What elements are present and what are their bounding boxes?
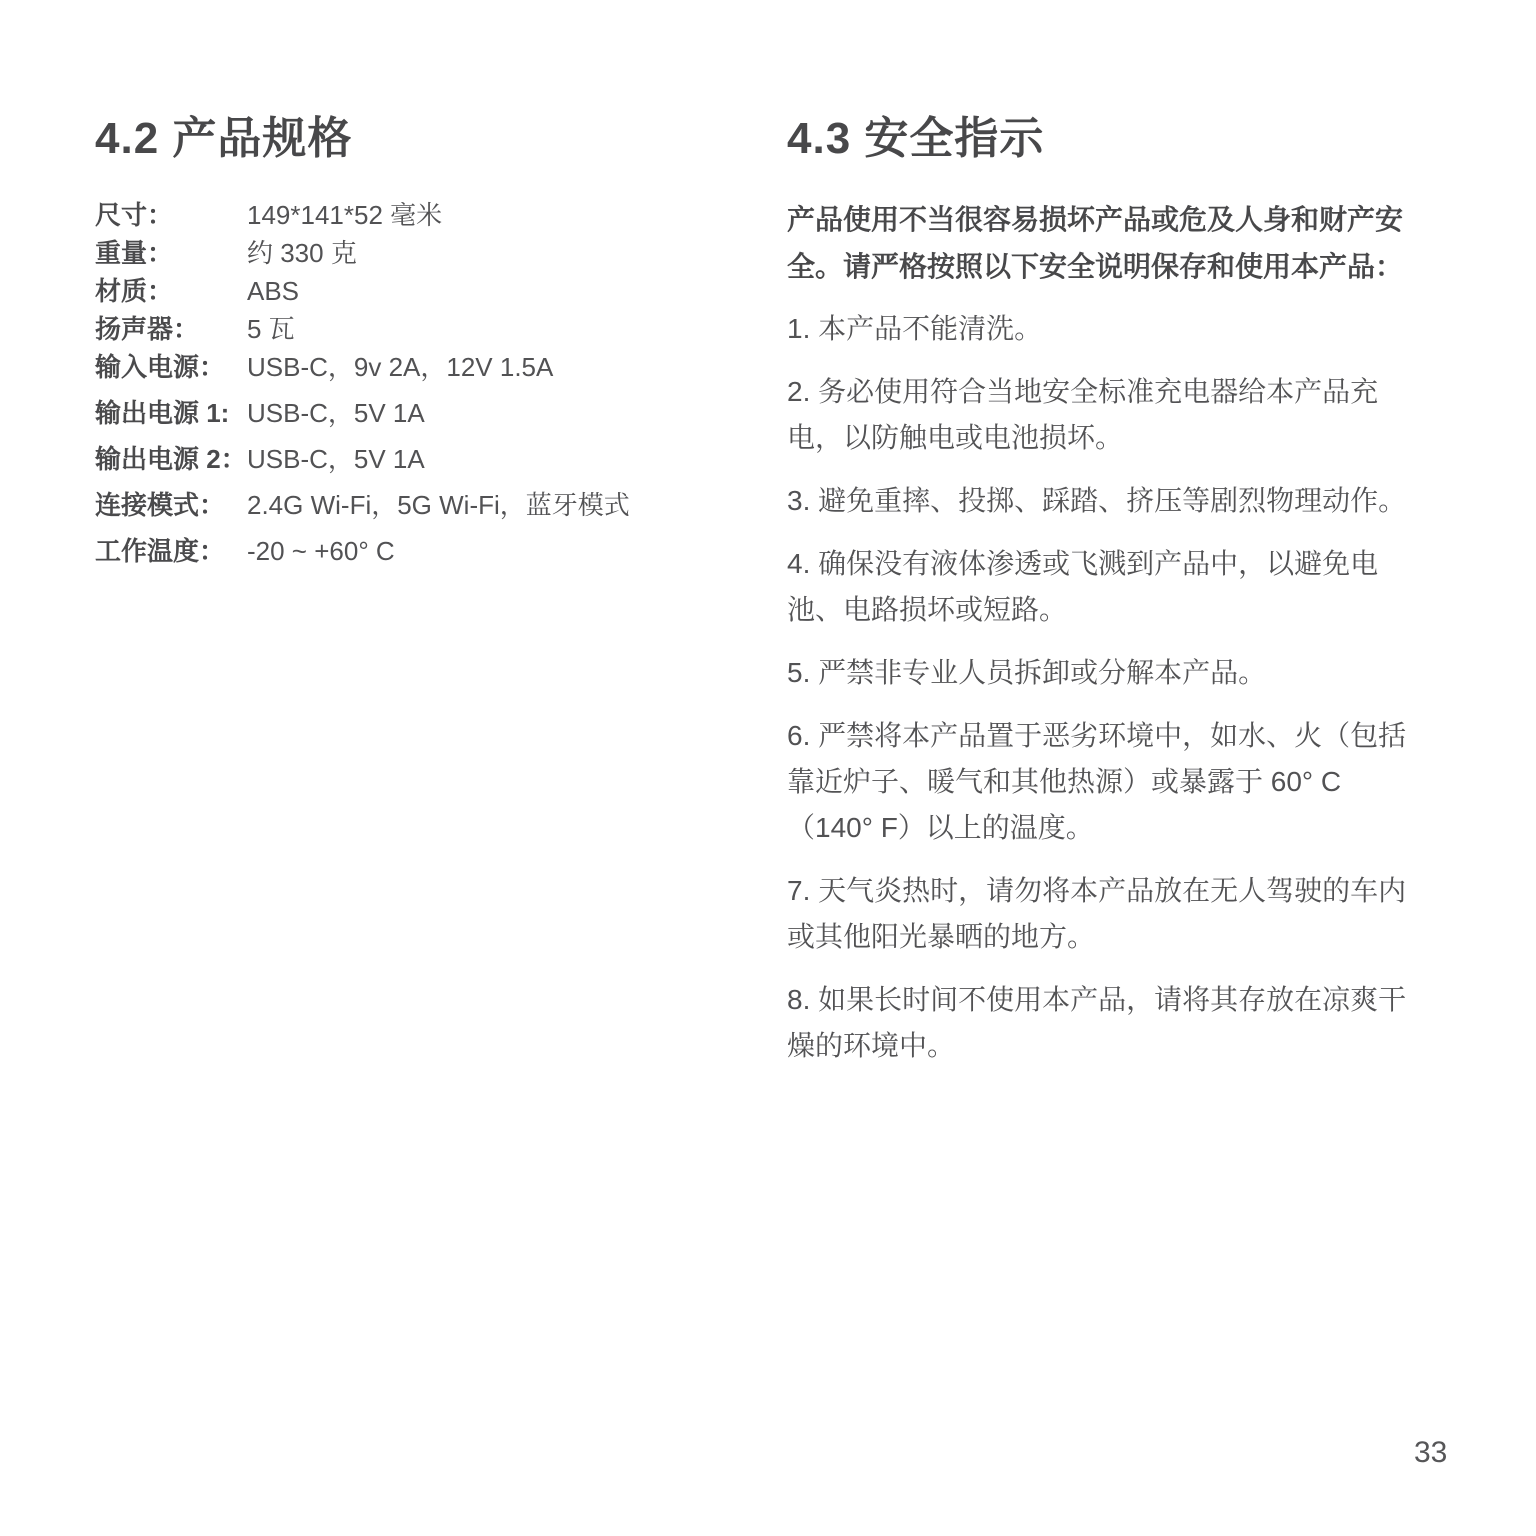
spec-label: 扬声器： xyxy=(95,310,247,348)
manual-page: 4.2 产品规格 尺寸： 149*141*52 毫米 重量： 约 330 克 材… xyxy=(0,0,1536,1536)
section-safety-instructions: 4.3 安全指示 产品使用不当很容易损坏产品或危及人身和财产安全。请严格按照以下… xyxy=(787,112,1427,1086)
safety-item: 2. 务必使用符合当地安全标准充电器给本产品充电，以防触电或电池损坏。 xyxy=(787,369,1427,461)
spec-row: 尺寸： 149*141*52 毫米 xyxy=(95,196,720,234)
spec-value: USB-C，5V 1A xyxy=(247,394,720,432)
spec-label: 输出电源 1: xyxy=(95,394,247,432)
spec-value: 149*141*52 毫米 xyxy=(247,196,720,234)
spec-value: USB-C，9v 2A，12V 1.5A xyxy=(247,348,720,386)
specs-title: 4.2 产品规格 xyxy=(95,112,720,166)
safety-item: 7. 天气炎热时，请勿将本产品放在无人驾驶的车内或其他阳光暴晒的地方。 xyxy=(787,868,1427,960)
spec-row: 扬声器： 5 瓦 xyxy=(95,310,720,348)
section-product-specs: 4.2 产品规格 尺寸： 149*141*52 毫米 重量： 约 330 克 材… xyxy=(95,112,720,570)
spec-label: 材质： xyxy=(95,272,247,310)
spec-row: 输入电源： USB-C，9v 2A，12V 1.5A xyxy=(95,348,720,386)
safety-item: 5. 严禁非专业人员拆卸或分解本产品。 xyxy=(787,650,1427,696)
spec-value: 2.4G Wi-Fi，5G Wi-Fi，蓝牙模式 xyxy=(247,486,720,524)
safety-item: 8. 如果长时间不使用本产品，请将其存放在凉爽干燥的环境中。 xyxy=(787,977,1427,1069)
spec-row: 材质： ABS xyxy=(95,272,720,310)
spec-row: 连接模式： 2.4G Wi-Fi，5G Wi-Fi，蓝牙模式 xyxy=(95,486,720,524)
spec-row: 输出电源 2： USB-C，5V 1A xyxy=(95,440,720,478)
safety-item: 6. 严禁将本产品置于恶劣环境中，如水、火（包括靠近炉子、暖气和其他热源）或暴露… xyxy=(787,713,1427,851)
page-number: 33 xyxy=(1414,1436,1447,1470)
spec-row: 工作温度： -20 ~ +60° C xyxy=(95,532,720,570)
spec-value: 约 330 克 xyxy=(247,234,720,272)
spec-value: USB-C，5V 1A xyxy=(247,440,720,478)
spec-label: 输出电源 2： xyxy=(95,440,247,478)
safety-intro: 产品使用不当很容易损坏产品或危及人身和财产安全。请严格按照以下安全说明保存和使用… xyxy=(787,196,1427,290)
spec-label: 连接模式： xyxy=(95,486,247,524)
spec-row: 重量： 约 330 克 xyxy=(95,234,720,272)
spec-value: -20 ~ +60° C xyxy=(247,532,720,570)
safety-item: 3. 避免重摔、投掷、踩踏、挤压等剧烈物理动作。 xyxy=(787,478,1427,524)
safety-title: 4.3 安全指示 xyxy=(787,112,1427,166)
spec-table: 尺寸： 149*141*52 毫米 重量： 约 330 克 材质： ABS 扬声… xyxy=(95,196,720,570)
spec-label: 工作温度： xyxy=(95,532,247,570)
safety-item: 4. 确保没有液体渗透或飞溅到产品中，以避免电池、电路损坏或短路。 xyxy=(787,541,1427,633)
safety-item: 1. 本产品不能清洗。 xyxy=(787,306,1427,352)
spec-label: 重量： xyxy=(95,234,247,272)
spec-label: 尺寸： xyxy=(95,196,247,234)
spec-label: 输入电源： xyxy=(95,348,247,386)
spec-value: ABS xyxy=(247,272,720,310)
spec-value: 5 瓦 xyxy=(247,310,720,348)
spec-row: 输出电源 1: USB-C，5V 1A xyxy=(95,394,720,432)
